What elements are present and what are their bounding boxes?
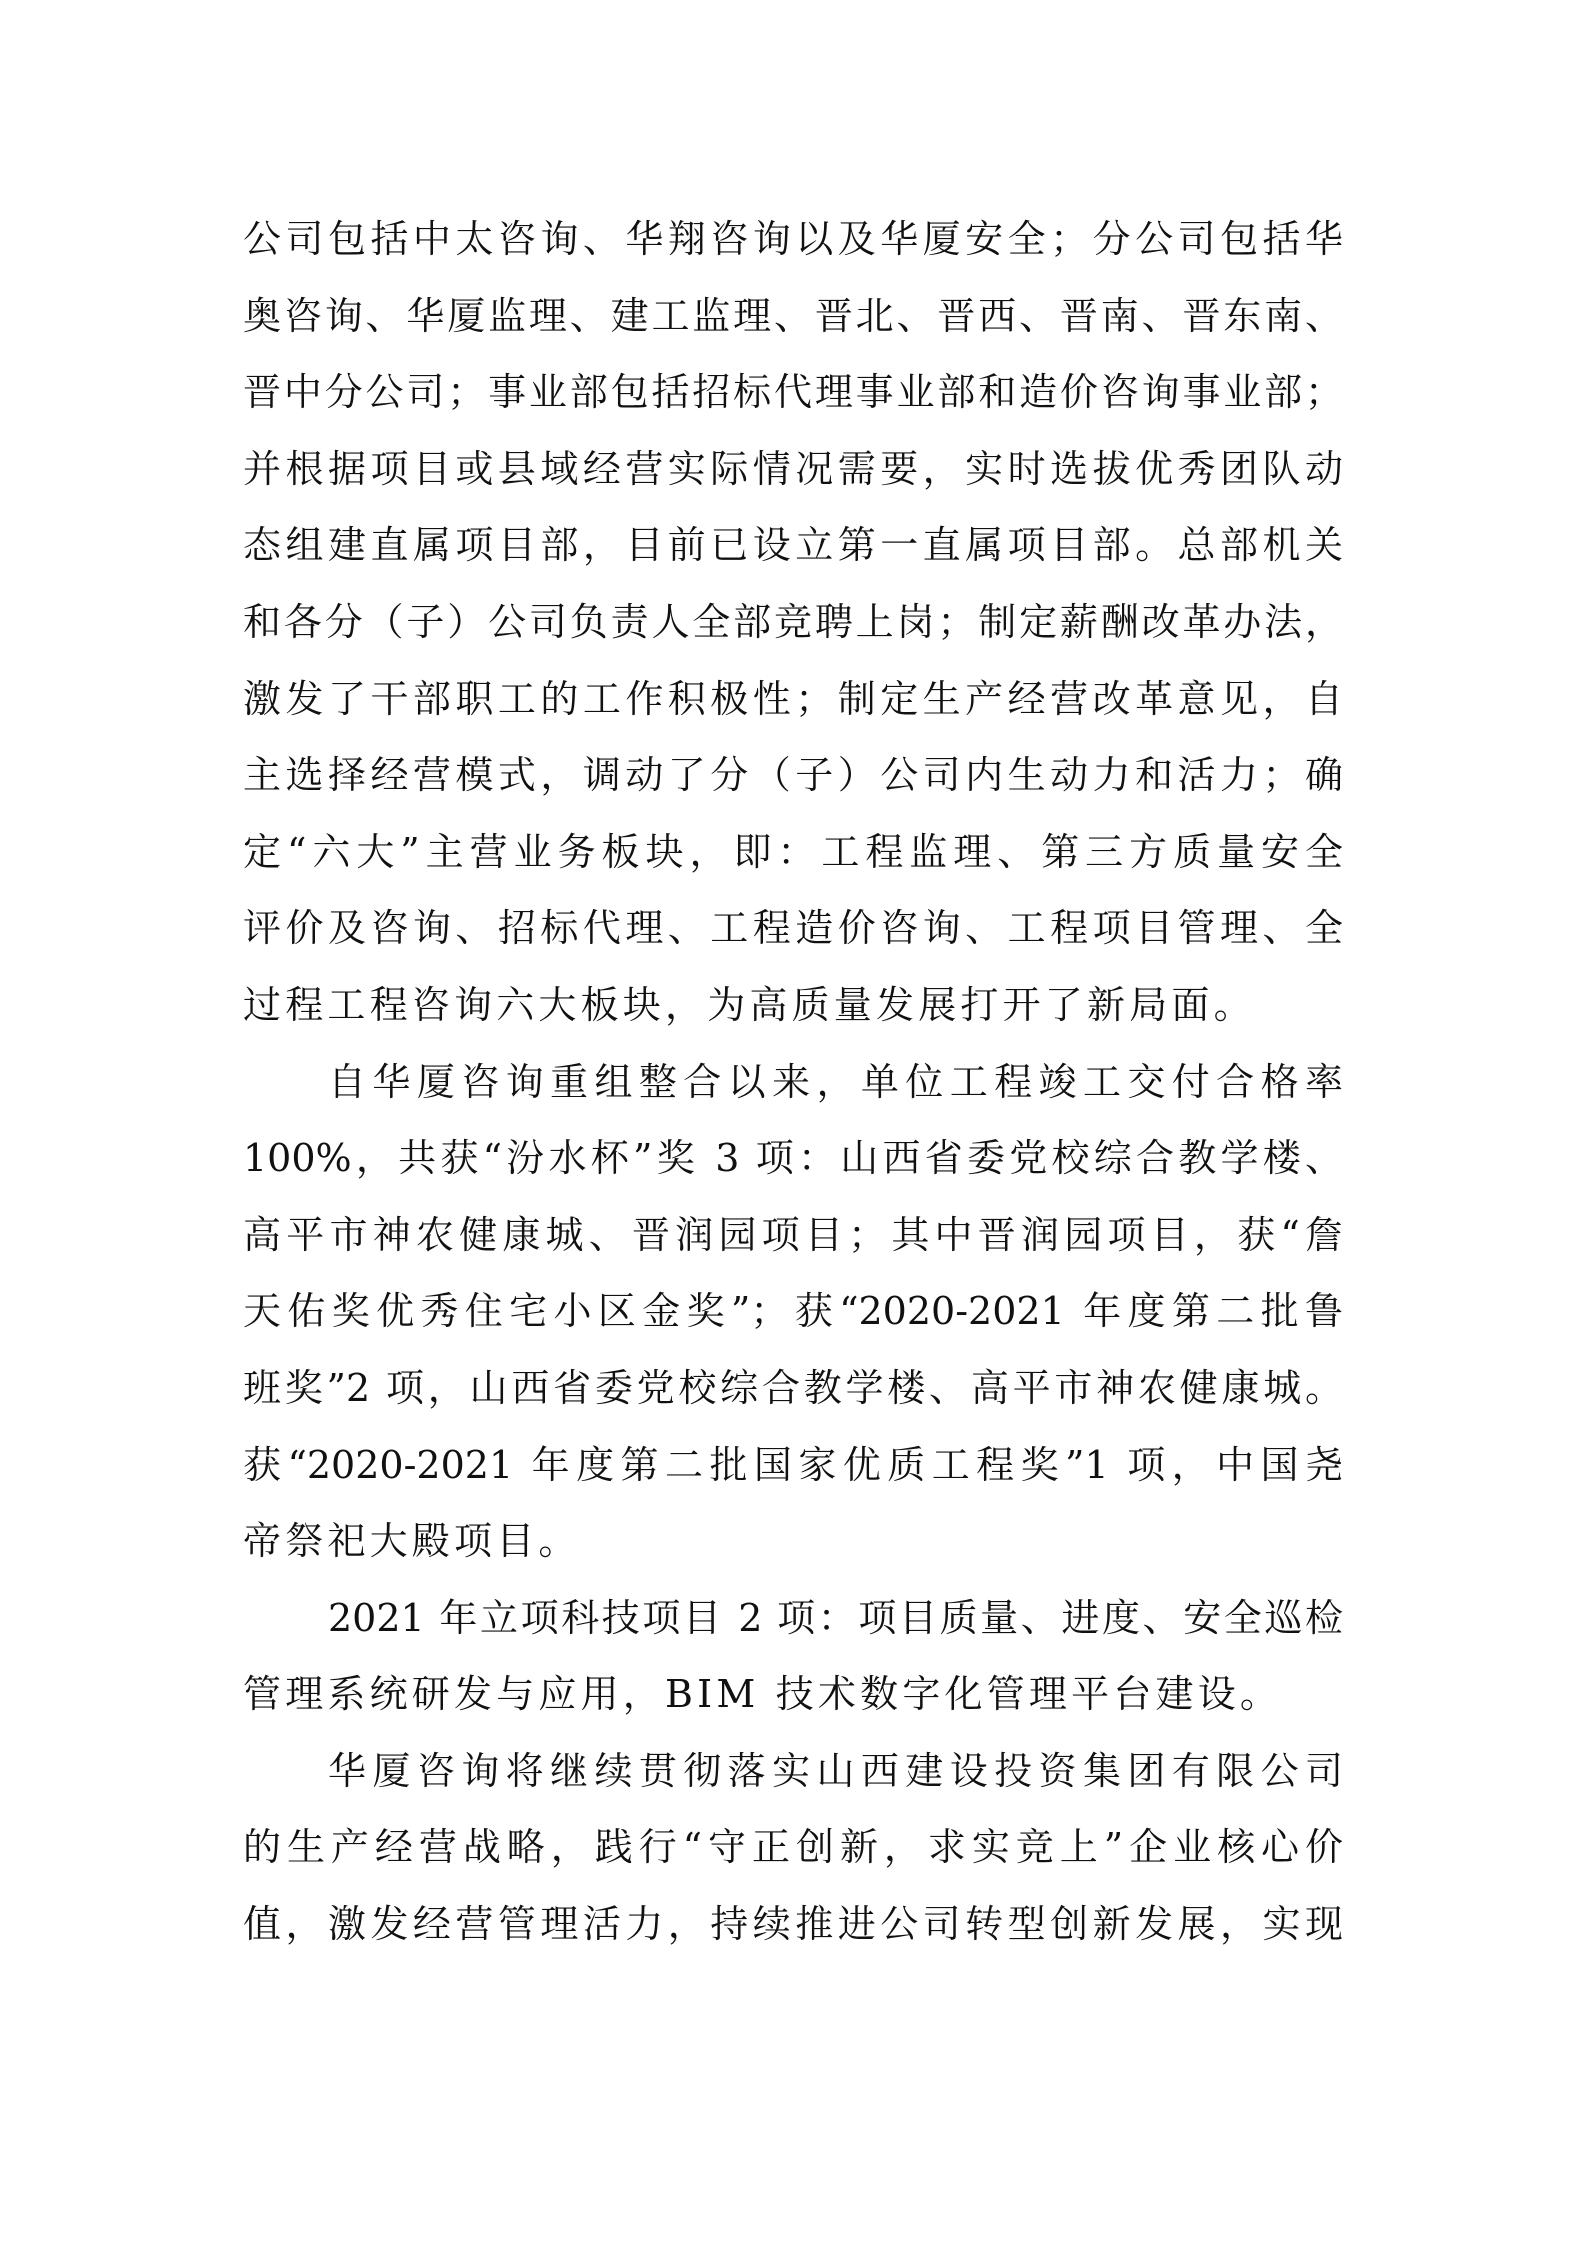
text-line: 激发了干部职工的工作积极性；制定生产经营改革意见，自 <box>243 669 1343 746</box>
paragraph-3: 2021 年立项科技项目 2 项：项目质量、进度、安全巡检 管理系统研发与应用，… <box>243 1588 1343 1741</box>
text-line: 主选择经营模式，调动了分（子）公司内生动力和活力；确 <box>243 745 1343 822</box>
text-line: 高平市神农健康城、晋润园项目；其中晋润园项目，获“詹 <box>243 1205 1343 1282</box>
paragraph-4: 华厦咨询将继续贯彻落实山西建设投资集团有限公司 的生产经营战略，践行“守正创新，… <box>243 1741 1343 1971</box>
text-line: 定“六大”主营业务板块，即：工程监理、第三方质量安全 <box>243 822 1343 899</box>
text-line: 过程工程咨询六大板块，为高质量发展打开了新局面。 <box>243 975 1343 1052</box>
text-line: 态组建直属项目部，目前已设立第一直属项目部。总部机关 <box>243 515 1343 592</box>
paragraph-2: 自华厦咨询重组整合以来，单位工程竣工交付合格率 100%，共获“汾水杯”奖 3 … <box>243 1052 1343 1588</box>
text-line: 天佑奖优秀住宅小区金奖”；获“2020-2021 年度第二批鲁 <box>243 1281 1343 1358</box>
text-line: 班奖”2 项，山西省委党校综合教学楼、高平市神农健康城。 <box>243 1358 1343 1435</box>
text-line: 华厦咨询将继续贯彻落实山西建设投资集团有限公司 <box>243 1741 1343 1818</box>
document-body: 公司包括中太咨询、华翔咨询以及华厦安全；分公司包括华 奥咨询、华厦监理、建工监理… <box>243 209 1343 1971</box>
text-line: 值，激发经营管理活力，持续推进公司转型创新发展，实现 <box>243 1894 1343 1971</box>
text-line: 和各分（子）公司负责人全部竞聘上岗；制定薪酬改革办法， <box>243 592 1343 669</box>
text-line: 奥咨询、华厦监理、建工监理、晋北、晋西、晋南、晋东南、 <box>243 286 1343 363</box>
text-line: 100%，共获“汾水杯”奖 3 项：山西省委党校综合教学楼、 <box>243 1128 1343 1205</box>
text-line: 的生产经营战略，践行“守正创新，求实竞上”企业核心价 <box>243 1817 1343 1894</box>
text-line: 获“2020-2021 年度第二批国家优质工程奖”1 项，中国尧 <box>243 1435 1343 1512</box>
paragraph-1: 公司包括中太咨询、华翔咨询以及华厦安全；分公司包括华 奥咨询、华厦监理、建工监理… <box>243 209 1343 1052</box>
text-line: 帝祭祀大殿项目。 <box>243 1511 1343 1588</box>
text-line: 自华厦咨询重组整合以来，单位工程竣工交付合格率 <box>243 1052 1343 1129</box>
text-line: 并根据项目或县域经营实际情况需要，实时选拔优秀团队动 <box>243 439 1343 516</box>
text-line: 评价及咨询、招标代理、工程造价咨询、工程项目管理、全 <box>243 898 1343 975</box>
document-page: 公司包括中太咨询、华翔咨询以及华厦安全；分公司包括华 奥咨询、华厦监理、建工监理… <box>0 0 1587 2245</box>
text-line: 管理系统研发与应用，BIM 技术数字化管理平台建设。 <box>243 1664 1343 1741</box>
text-line: 2021 年立项科技项目 2 项：项目质量、进度、安全巡检 <box>243 1588 1343 1665</box>
text-line: 公司包括中太咨询、华翔咨询以及华厦安全；分公司包括华 <box>243 209 1343 286</box>
text-line: 晋中分公司；事业部包括招标代理事业部和造价咨询事业部； <box>243 362 1343 439</box>
